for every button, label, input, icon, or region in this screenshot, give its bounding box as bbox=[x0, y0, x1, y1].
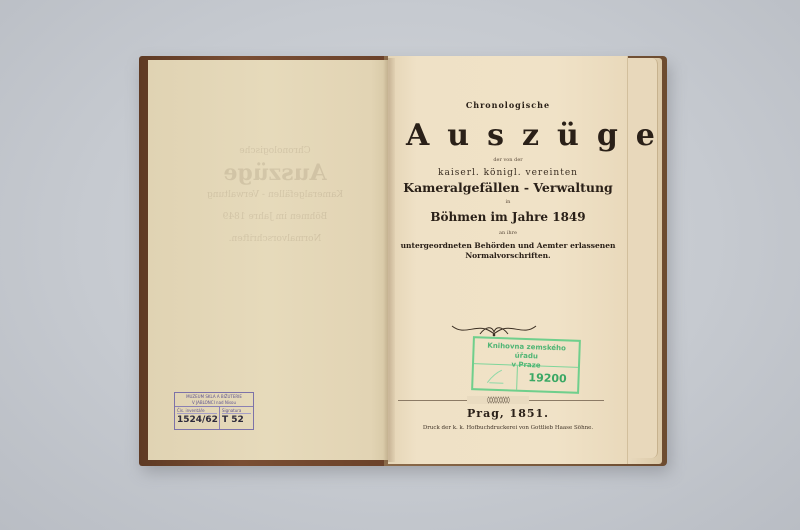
ornament-flourish-icon bbox=[450, 322, 538, 338]
title-line-der-von-der: der von der bbox=[388, 157, 628, 163]
stamp-blue-signature-value: T 52 bbox=[222, 415, 251, 425]
stamp-green-signature-cell bbox=[473, 364, 518, 390]
stamp-blue-inventory-number: 1524/62 bbox=[177, 415, 217, 425]
showthrough-line: Normalvorschriften. bbox=[175, 228, 375, 250]
title-line-in: in bbox=[388, 199, 628, 205]
stamp-blue-label-inventory: Čís. inventáře bbox=[177, 408, 217, 414]
title-line-kaiserl: kaiserl. königl. vereinten bbox=[388, 168, 628, 178]
imprint-place-year: Prag, 1851. bbox=[388, 407, 628, 420]
title-line-untergeordneten: untergeordneten Behörden und Aemter erla… bbox=[388, 241, 628, 251]
museum-stamp-blue: MUZEUM SKLA A BIŽUTERIE V JABLONCI nad N… bbox=[174, 392, 254, 430]
imprint-block: Prag, 1851. Druck der k. k. Hofbuchdruck… bbox=[388, 407, 628, 431]
rule-ornament: ◊◊◊◊◊◊◊◊◊ bbox=[467, 396, 529, 404]
title-line-kameral: Kameralgefällen - Verwaltung bbox=[388, 180, 628, 195]
stamp-blue-header2: V JABLONCI nad Nisou bbox=[175, 400, 253, 406]
title-line-normalvorschriften: Normalvorschriften. bbox=[388, 251, 628, 261]
title-text-block: Chronologische Auszüge der von der kaise… bbox=[388, 100, 628, 261]
signature-scribble-icon bbox=[473, 364, 518, 390]
showthrough-line: Kameralgefällen - Verwaltung bbox=[175, 184, 375, 206]
stamp-blue-label-signature: Signatura bbox=[222, 408, 251, 414]
showthrough-line: Chronologische bbox=[175, 140, 375, 162]
title-line-chronologische: Chronologische bbox=[388, 100, 628, 110]
showthrough-line: Böhmen im Jahre 1849 bbox=[175, 206, 375, 228]
library-stamp-green: Knihovna zemského úřadu v Praze 19200 bbox=[471, 336, 581, 394]
title-line-boehmen: Böhmen im Jahre 1849 bbox=[388, 210, 628, 224]
title-line-an-ihre: an ihre bbox=[388, 230, 628, 236]
imprint-printer: Druck der k. k. Hofbuchdruckerei von Got… bbox=[388, 425, 628, 431]
stamp-green-number: 19200 bbox=[517, 366, 578, 392]
showthrough-line: Auszüge bbox=[175, 162, 375, 184]
main-title: Auszüge bbox=[406, 118, 628, 153]
left-page-showthrough: Chronologische Auszüge Kameralgefällen -… bbox=[175, 140, 375, 380]
